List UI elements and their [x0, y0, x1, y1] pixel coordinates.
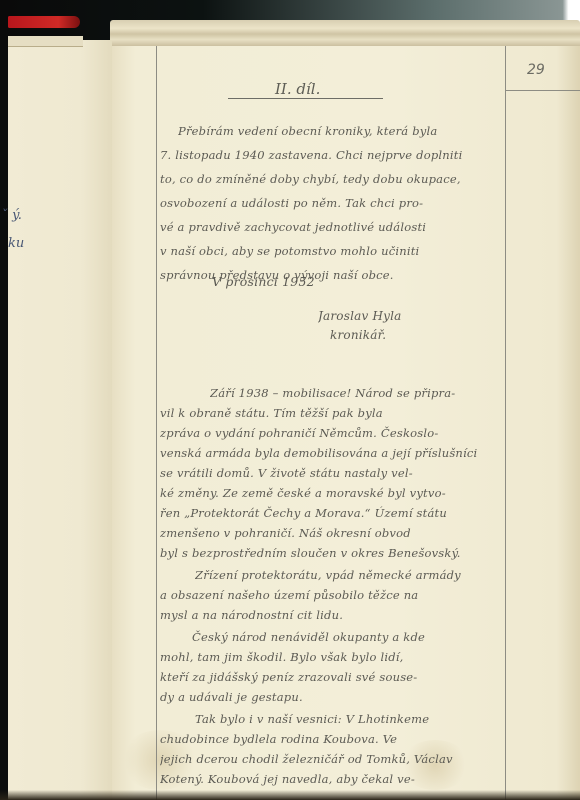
text-line: Přebírám vedení obecní kroniky, která by…: [178, 124, 503, 138]
text-line: ké změny. Ze země české a moravské byl v…: [160, 486, 505, 500]
section-title: II. díl.: [275, 80, 320, 98]
text-line: mysl a na národnostní cit lidu.: [160, 608, 505, 622]
text-line: jejich dcerou chodil železničář od Tomků…: [160, 752, 505, 766]
text-line: Český národ nenáviděl okupanty a kde: [192, 630, 503, 644]
text-line: Kotený. Koubová jej navedla, aby čekal v…: [160, 772, 505, 786]
page-bottom-edge: [0, 790, 580, 800]
text-line: 7. listopadu 1940 zastavena. Chci nejprv…: [160, 148, 505, 162]
bookmark-ribbon: [8, 16, 80, 28]
text-line: to, co do zmíněné doby chybí, tedy dobu …: [160, 172, 505, 186]
text-line: venská armáda byla demobilisována a její…: [160, 446, 505, 460]
text-line: dy a udávali je gestapu.: [160, 690, 505, 704]
left-margin-note-2: ku: [8, 236, 24, 251]
text-line: v naší obci, aby se potomstvo mohlo učin…: [160, 244, 505, 258]
signature-name: Jaroslav Hyla: [318, 309, 580, 323]
left-margin-note-1: ̌ ý.: [8, 208, 22, 223]
page-number-rule: [505, 90, 580, 91]
left-page: [8, 40, 112, 800]
section-title-underline: [228, 98, 383, 99]
text-line: mohl, tam jim škodil. Bylo však bylo lid…: [160, 650, 505, 664]
text-line: řen „Protektorát Čechy a Morava.“ Území …: [160, 506, 505, 520]
signature-role: kronikář.: [330, 328, 580, 342]
date-line: V prosinci 1952: [212, 274, 557, 289]
text-line: a obsazení našeho území působilo těžce n…: [160, 588, 505, 602]
text-line: osvobození a události po něm. Tak chci p…: [160, 196, 505, 210]
page-number: 29: [527, 62, 545, 78]
text-line: Září 1938 – mobilisace! Národ se připra-: [210, 386, 503, 400]
text-line: Zřízení protektorátu, vpád německé armád…: [195, 568, 503, 582]
left-margin-rule: [156, 46, 157, 800]
text-line: zmenšeno v pohraničí. Náš okresní obvod: [160, 526, 505, 540]
text-line: se vrátili domů. V životě státu nastaly …: [160, 466, 505, 480]
right-margin-rule: [505, 46, 506, 800]
text-line: Tak bylo i v naší vesnici: V Lhotinkeme: [195, 712, 503, 726]
stacked-page-edges: [110, 20, 580, 48]
text-line: zpráva o vydání pohraničí Němcům. Českos…: [160, 426, 505, 440]
text-line: chudobince bydlela rodina Koubova. Ve: [160, 732, 505, 746]
text-line: kteří za jidášský peníz zrazovali své so…: [160, 670, 505, 684]
text-line: vil k obraně státu. Tím těžší pak byla: [160, 406, 505, 420]
text-line: vé a pravdivě zachycovat jednotlivé udál…: [160, 220, 505, 234]
text-line: byl s bezprostředním sloučen v okres Ben…: [160, 546, 505, 560]
left-page-top-edge: [8, 36, 83, 47]
